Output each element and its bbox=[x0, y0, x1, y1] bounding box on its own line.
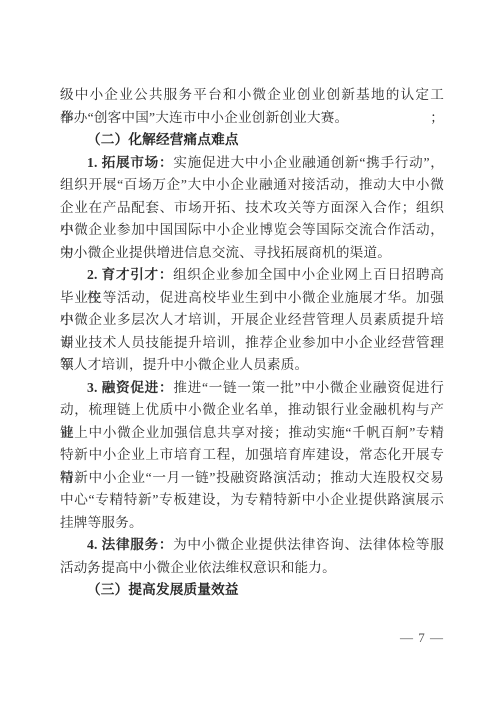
text-line: 企业在产品配套、市场开拓、技术攻关等方面深入合作；组织中 bbox=[60, 197, 444, 220]
text-line: 军人才培训，提升中小微企业人员素质。 bbox=[60, 354, 444, 377]
item-label-bold: 1. 拓展市场： bbox=[87, 155, 173, 170]
item-label-bold: 2. 育才引才： bbox=[87, 267, 173, 282]
item-label-bold: 4. 法律服务： bbox=[87, 537, 173, 552]
text-line: 中小微企业提供增进信息交流、寻找拓展商机的渠道。 bbox=[60, 242, 444, 265]
document-body: 级中小企业公共服务平台和小微企业创业创新基地的认定工作；举办“创客中国”大连市中… bbox=[60, 84, 444, 602]
text-line: 活动，提高中小微企业依法维权意识和能力。 bbox=[60, 557, 444, 580]
text-line: 特新中小企业“一月一链”投融资路演活动；推动大连股权交易 bbox=[60, 467, 444, 490]
text-line: 级中小企业公共服务平台和小微企业创业创新基地的认定工作； bbox=[60, 84, 444, 107]
text-line: 毕业生等活动，促进高校毕业生到中小微企业施展才华。加强中 bbox=[60, 287, 444, 310]
text-line: 特新中小企业上市培育工程，加强培育库建设，常态化开展专精 bbox=[60, 444, 444, 467]
text-line: 小微企业参加中国国际中小企业博览会等国际交流合作活动，为 bbox=[60, 219, 444, 242]
text-line: 2. 育才引才：组织企业参加全国中小企业网上百日招聘高校 bbox=[60, 264, 444, 287]
text-line: 专业技术人员技能提升培训，推荐企业参加中小企业经营管理领 bbox=[60, 332, 444, 355]
section-heading: （二）化解经营痛点难点 bbox=[60, 129, 444, 152]
section-heading: （三）提高发展质量效益 bbox=[60, 579, 444, 602]
text-line: 小微企业多层次人才培训，开展企业经营管理人员素质提升培训、 bbox=[60, 309, 444, 332]
text-line: 中心“专精特新”专板建设，为专精特新中小企业提供路演展示 bbox=[60, 489, 444, 512]
item-label-bold: 3. 融资促进： bbox=[87, 380, 173, 395]
text-line: 动，梳理链上优质中小微企业名单，推动银行业金融机构与产业 bbox=[60, 399, 444, 422]
text-line: 4. 法律服务：为中小微企业提供法律咨询、法律体检等服务 bbox=[60, 534, 444, 557]
text-line: 1. 拓展市场：实施促进大中小企业融通创新“携手行动”， bbox=[60, 152, 444, 175]
text-line: 链上中小微企业加强信息共享对接；推动实施“千帆百舸”专精 bbox=[60, 422, 444, 445]
page-number: — 7 — bbox=[400, 630, 444, 646]
text-line: 3. 融资促进：推进“一链一策一批”中小微企业融资促进行 bbox=[60, 377, 444, 400]
text-line: 挂牌等服务。 bbox=[60, 512, 444, 535]
document-page: 级中小企业公共服务平台和小微企业创业创新基地的认定工作；举办“创客中国”大连市中… bbox=[0, 0, 500, 707]
text-line: 组织开展“百场万企”大中小企业融通对接活动，推动大中小微 bbox=[60, 174, 444, 197]
